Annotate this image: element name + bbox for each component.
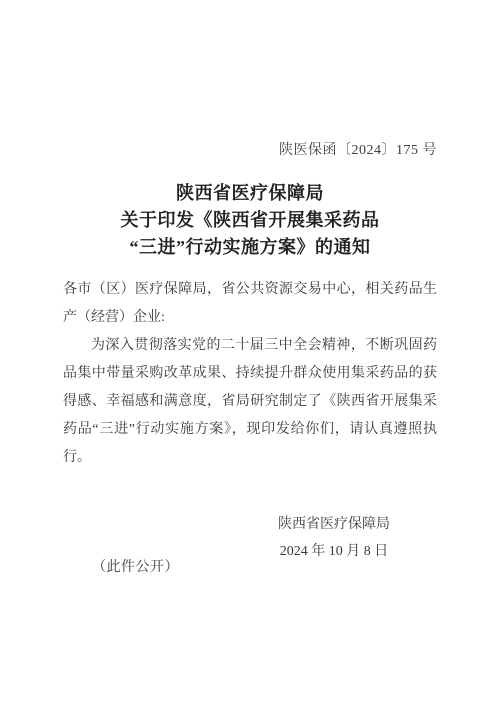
public-disclosure-note: （此件公开） (92, 556, 179, 576)
doc-number: 陕医保函〔2024〕175 号 (279, 139, 437, 159)
signature-block: 陕西省医疗保障局 2024 年 10 月 8 日 (278, 511, 390, 565)
body-paragraph: 为深入贯彻落实党的二十届三中全会精神，不断巩固药品集中带量采购改革成果、持续提升… (63, 332, 437, 472)
signature-org: 陕西省医疗保障局 (278, 511, 390, 538)
document-page: 陕医保函〔2024〕175 号 陕西省医疗保障局 关于印发《陕西省开展集采药品 … (0, 0, 500, 707)
doc-body: 各市（区）医疗保障局，省公共资源交易中心，相关药品生产（经营）企业: 为深入贯彻… (63, 276, 437, 472)
doc-title-line2: 关于印发《陕西省开展集采药品 (0, 207, 500, 234)
doc-title-line1: 陕西省医疗保障局 (0, 180, 500, 207)
signature-date: 2024 年 10 月 8 日 (278, 538, 390, 565)
salutation: 各市（区）医疗保障局，省公共资源交易中心，相关药品生产（经营）企业: (63, 276, 437, 332)
doc-title: 陕西省医疗保障局 关于印发《陕西省开展集采药品 “三进”行动实施方案》的通知 (0, 180, 500, 261)
doc-title-line3: “三进”行动实施方案》的通知 (0, 234, 500, 261)
